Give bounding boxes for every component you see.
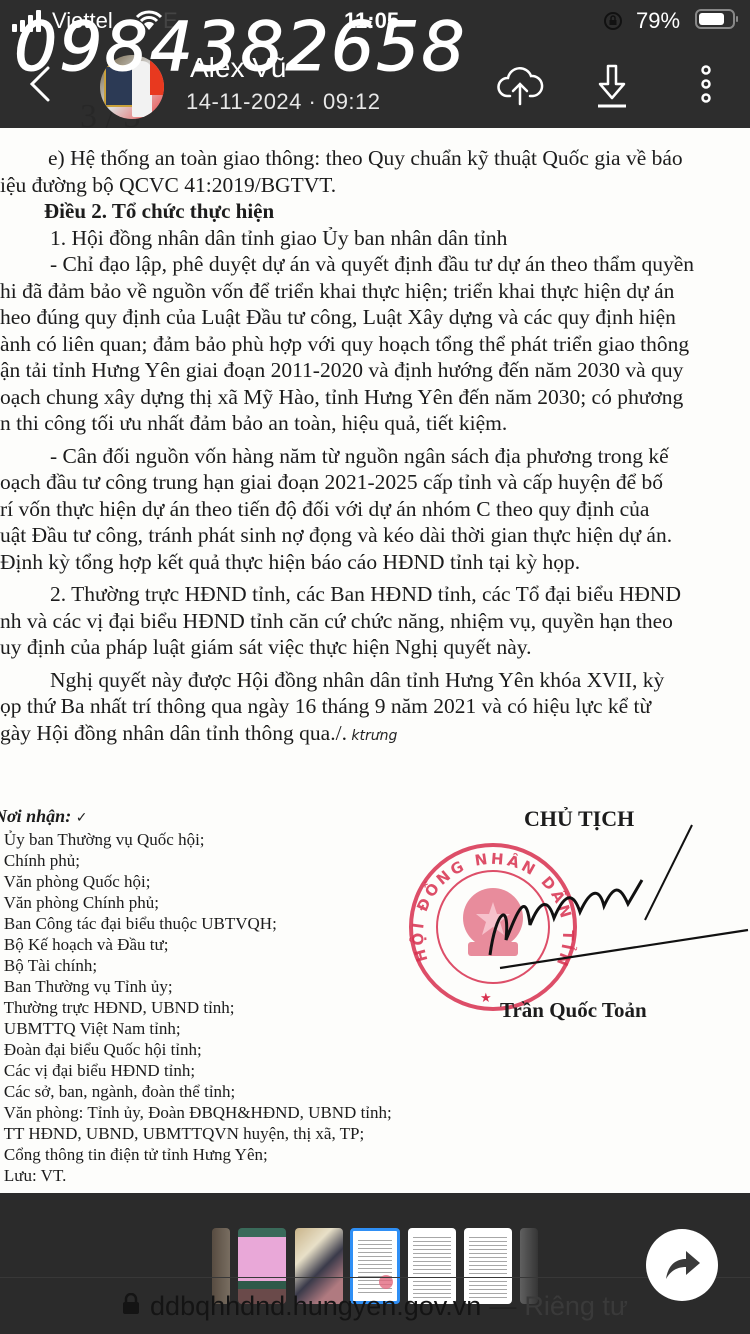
document-line: uật Đầu tư công, tránh phát sinh nợ đọng… xyxy=(0,522,736,549)
document-line: oạch chung xây dựng thị xã Mỹ Hào, tỉnh … xyxy=(0,384,736,411)
cloud-upload-icon[interactable] xyxy=(496,62,544,110)
document-line: hi đã đảm bảo về nguồn vốn để triển khai… xyxy=(0,278,736,305)
document-line: uy định của pháp luật giám sát việc thực… xyxy=(0,634,736,661)
battery-icon xyxy=(695,9,735,29)
document-body: e) Hệ thống an toàn giao thông: theo Quy… xyxy=(0,145,736,749)
recipient-item: - UBMTTQ Việt Nam tỉnh; xyxy=(0,1018,392,1039)
network-type: E xyxy=(163,8,178,34)
document-line: gày Hội đồng nhân dân tỉnh thông qua./. … xyxy=(0,720,736,750)
initials-mark: ktrưng xyxy=(347,728,397,744)
carrier-name: Viettel xyxy=(52,8,113,34)
status-bar: Viettel E 11:05 79% xyxy=(0,0,750,42)
recipient-item: - TT HĐND, UBND, UBMTTQVN huyện, thị xã,… xyxy=(0,1123,392,1144)
signature-block: HỘI ĐỒNG NHÂN DÂN TỈNH HƯNG YÊN ★ CHỦ TỊ… xyxy=(400,800,750,1030)
wifi-icon xyxy=(135,9,163,31)
recipient-item: - Chính phủ; xyxy=(0,850,392,871)
more-vertical-icon[interactable] xyxy=(682,62,730,110)
recipient-item: - Các vị đại biểu HĐND tỉnh; xyxy=(0,1060,392,1081)
sender-name: Alex Vũ xyxy=(190,52,287,84)
document-line: ận tải tỉnh Hưng Yên giai đoạn 2011-2020… xyxy=(0,357,736,384)
document-line: nh và các vị đại biểu HĐND tỉnh căn cứ c… xyxy=(0,608,736,635)
recipient-item: - Bộ Tài chính; xyxy=(0,955,392,976)
handwritten-signature-icon xyxy=(470,820,750,990)
initials-mark: ✓ xyxy=(76,810,88,826)
share-button[interactable] xyxy=(646,1229,718,1301)
document-line: Nghị quyết này được Hội đồng nhân dân tỉ… xyxy=(0,667,736,694)
url-text: ddbqhhdnd.hungyen.gov.vn xyxy=(150,1291,481,1322)
recipient-item: - Các sở, ban, ngành, đoàn thể tỉnh; xyxy=(0,1081,392,1102)
privacy-label: Riêng tư xyxy=(524,1291,628,1322)
document-line: n thi công tối ưu nhất đảm bảo an toàn, … xyxy=(0,410,736,437)
document-line: ọp thứ Ba nhất trí thông qua ngày 16 thá… xyxy=(0,693,736,720)
viewer-header: Viettel E 11:05 79% Alex Vũ 14-11-2024 ·… xyxy=(0,0,750,128)
chevron-left-icon[interactable] xyxy=(26,64,56,104)
url-bar[interactable]: ddbqhhdnd.hungyen.gov.vn — Riêng tư xyxy=(0,1277,750,1334)
document-line: 2. Thường trực HĐND tỉnh, các Ban HĐND t… xyxy=(0,581,736,608)
document-line: Định kỳ tổng hợp kết quả thực hiện báo c… xyxy=(0,549,736,576)
document-line: - Chỉ đạo lập, phê duyệt dự án và quyết … xyxy=(0,251,736,278)
share-forward-icon xyxy=(662,1249,702,1281)
url-separator: — xyxy=(489,1291,516,1322)
recipients-title: Nơi nhận: ✓ xyxy=(0,806,392,829)
document-line: rí vốn thực hiện dự án theo tiến độ đối … xyxy=(0,496,736,523)
document-line: iệu đường bộ QCVC 41:2019/BGTVT. xyxy=(0,172,736,199)
svg-text:★: ★ xyxy=(480,990,492,1005)
document-line: heo đúng quy định của Luật Đầu tư công, … xyxy=(0,304,736,331)
recipient-item: - Ban Công tác đại biểu thuộc UBTVQH; xyxy=(0,913,392,934)
recipient-item: - Văn phòng: Tỉnh ủy, Đoàn ĐBQH&HĐND, UB… xyxy=(0,1102,392,1123)
recipient-item: - Cổng thông tin điện tử tỉnh Hưng Yên; xyxy=(0,1144,392,1165)
sender-avatar[interactable] xyxy=(100,55,164,119)
sent-timestamp: 14-11-2024 · 09:12 xyxy=(186,89,381,115)
signatory-name: Trần Quốc Toản xyxy=(500,998,647,1023)
recipient-item: - Ban Thường vụ Tỉnh ủy; xyxy=(0,976,392,997)
document-line: e) Hệ thống an toàn giao thông: theo Quy… xyxy=(0,145,736,172)
document-line: - Cân đối nguồn vốn hàng năm từ nguồn ng… xyxy=(0,443,736,470)
recipient-item: - Văn phòng Chính phủ; xyxy=(0,892,392,913)
document-line: oạch đầu tư công trung hạn giai đoạn 202… xyxy=(0,469,736,496)
recipients-list: Nơi nhận: ✓ - Ủy ban Thường vụ Quốc hội;… xyxy=(0,806,392,1186)
document-line: ành có liên quan; đảm bảo phù hợp với qu… xyxy=(0,331,736,358)
download-icon[interactable] xyxy=(588,62,636,110)
cellular-signal-icon xyxy=(12,10,41,32)
lock-icon xyxy=(122,1291,140,1322)
recipient-item: - Văn phòng Quốc hội; xyxy=(0,871,392,892)
article-heading: Điều 2. Tổ chức thực hiện xyxy=(0,198,736,225)
recipient-item: - Lưu: VT. xyxy=(0,1165,392,1186)
document-page: 3 / 3 e) Hệ thống an toàn giao thông: th… xyxy=(0,0,750,1193)
recipient-item: - Đoàn đại biểu Quốc hội tỉnh; xyxy=(0,1039,392,1060)
status-time: 11:05 xyxy=(344,8,399,34)
document-line: 1. Hội đồng nhân dân tỉnh giao Ủy ban nh… xyxy=(0,225,736,252)
orientation-lock-icon xyxy=(603,11,623,31)
recipient-item: - Bộ Kế hoạch và Đầu tư; xyxy=(0,934,392,955)
recipient-item: - Ủy ban Thường vụ Quốc hội; xyxy=(0,829,392,850)
bottom-toolbar: ddbqhhdnd.hungyen.gov.vn — Riêng tư xyxy=(0,1193,750,1334)
battery-percent: 79% xyxy=(636,8,680,34)
recipient-item: - Thường trực HĐND, UBND tỉnh; xyxy=(0,997,392,1018)
signatory-title: CHỦ TỊCH xyxy=(524,806,634,832)
